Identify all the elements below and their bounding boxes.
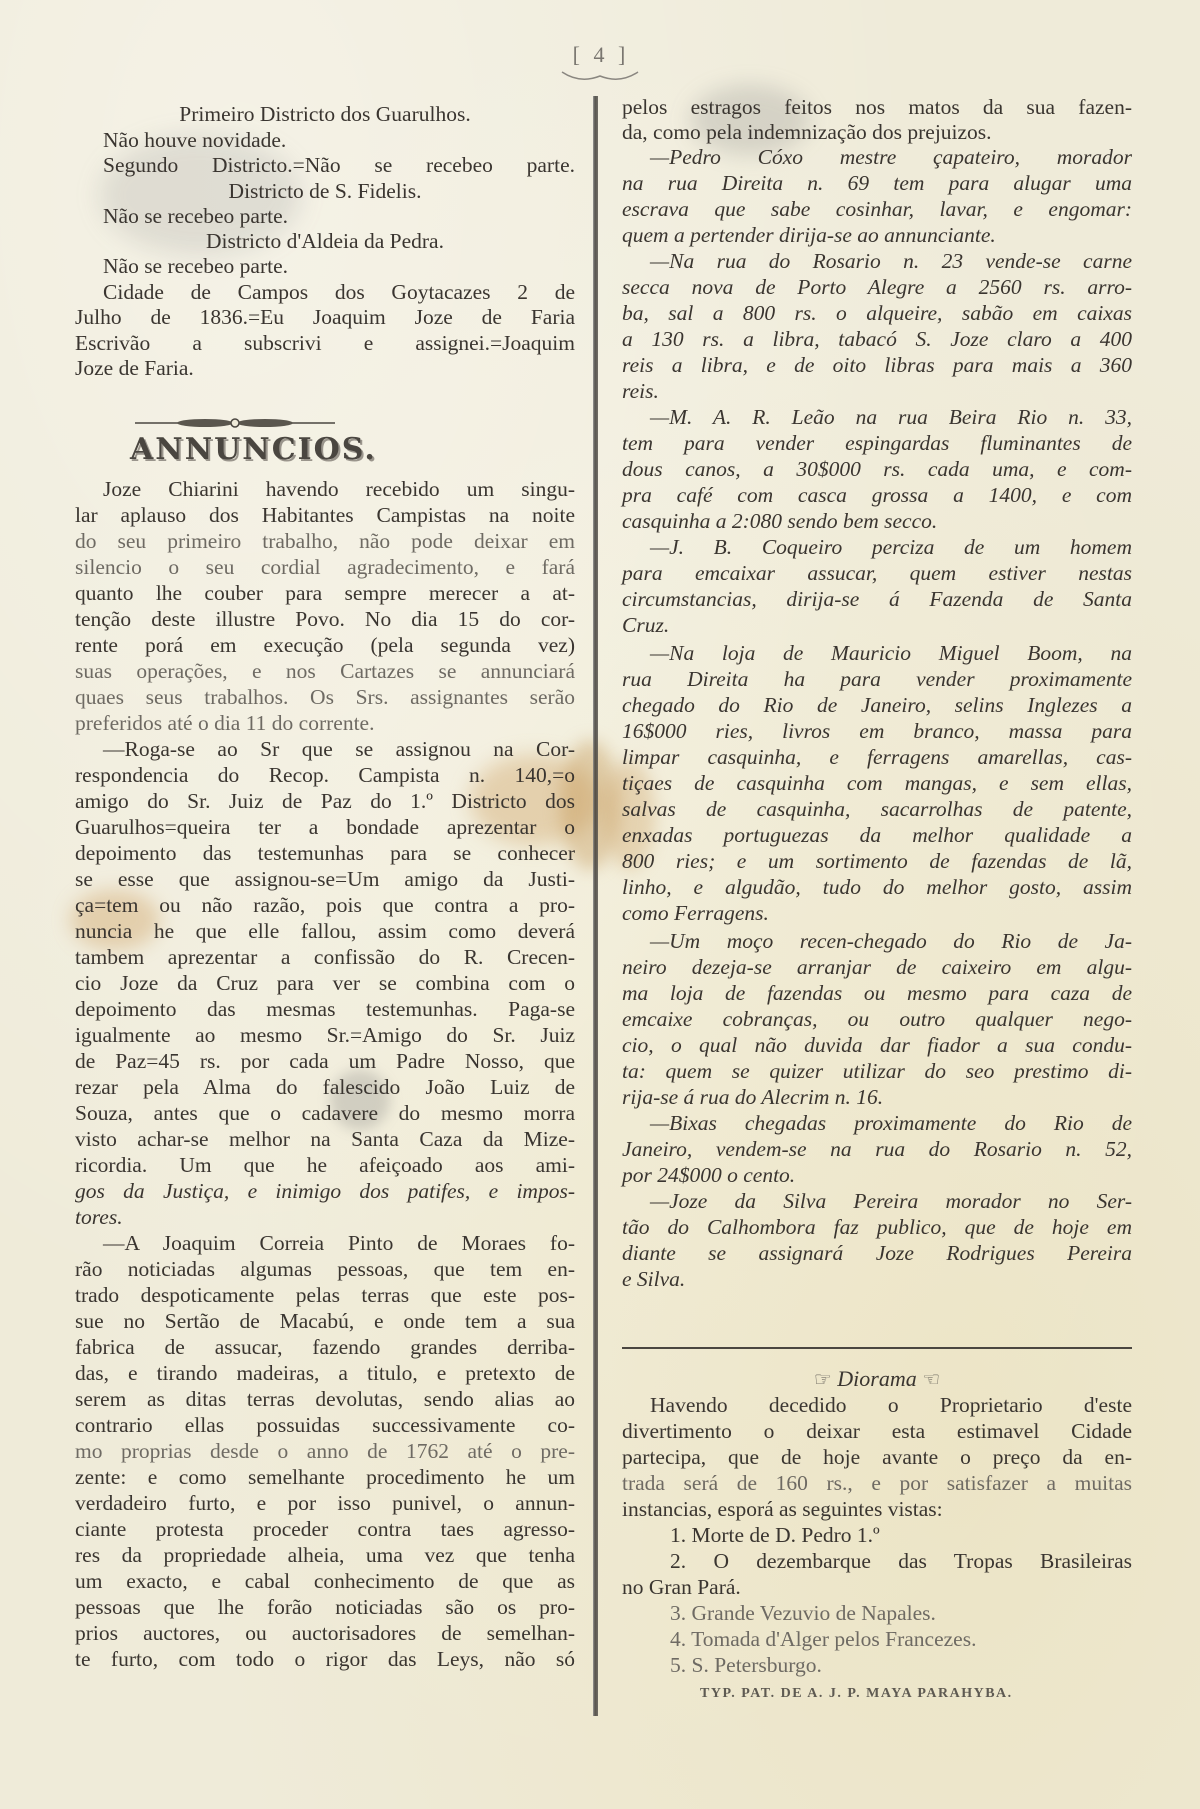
pointing-hand-right-icon: ☞ bbox=[814, 1369, 832, 1391]
text-line: limpar casquinha, e ferragens amarellas,… bbox=[622, 744, 1132, 770]
text-line: tão do Calhombora faz publico, que de ho… bbox=[622, 1214, 1132, 1240]
text-line: Guarulhos=queira ter a bondade aprezenta… bbox=[75, 814, 575, 840]
text-line: —M. A. R. Leão na rua Beira Rio n. 33, bbox=[622, 404, 1132, 430]
text-line: rua Direita ha para vender proximamente bbox=[622, 666, 1132, 692]
text-line: visto achar-se melhor na Santa Caza da M… bbox=[75, 1126, 575, 1152]
diorama-title: Diorama bbox=[837, 1366, 916, 1391]
section-rule bbox=[622, 1347, 1132, 1349]
district-heading: Primeiro Districto dos Guarulhos. bbox=[75, 101, 575, 127]
text-line: Joze de Faria. bbox=[75, 355, 575, 381]
text-line: —Na loja de Mauricio Miguel Boom, na bbox=[622, 640, 1132, 666]
text-line: Segundo Districto.=Não se recebeo parte. bbox=[75, 152, 575, 178]
text-line: divertimento o deixar esta estimavel Cid… bbox=[622, 1418, 1132, 1444]
text-line: linho, e algudão, tudo do melhor gosto, … bbox=[622, 874, 1132, 900]
text-line: Não se recebeo parte. bbox=[75, 253, 575, 279]
view-item: 3. Grande Vezuvio de Napales. bbox=[622, 1600, 1132, 1626]
text-line: contrario ellas possuidas successivament… bbox=[75, 1412, 575, 1438]
text-line: cio, o qual não duvida dar fiador a sua … bbox=[622, 1032, 1132, 1058]
text-line: igualmente ao mesmo Sr.=Amigo do Sr. Jui… bbox=[75, 1022, 575, 1048]
text-line: Janeiro, vendem-se na rua do Rosario n. … bbox=[622, 1136, 1132, 1162]
text-line: serem as ditas terras devolutas, sendo a… bbox=[75, 1386, 575, 1412]
text-line: de Paz=45 rs. por cada um Padre Nosso, q… bbox=[75, 1048, 575, 1074]
text-line: ciante protesta proceder contra taes agr… bbox=[75, 1516, 575, 1542]
text-line: —J. B. Coqueiro perciza de um homem bbox=[622, 534, 1132, 560]
text-line: depoimento das mesmas testemunhas. Paga-… bbox=[75, 996, 575, 1022]
district-heading: Districto d'Aldeia da Pedra. bbox=[75, 228, 575, 254]
text-line: rão noticiadas algumas pessoas, que tem … bbox=[75, 1256, 575, 1282]
text-line: verdadeiro furto, e por isso punivel, o … bbox=[75, 1490, 575, 1516]
text-line: dous canos, a 30$000 rs. cada uma, e com… bbox=[622, 456, 1132, 482]
text-line: se esse que assignou-se=Um amigo da Just… bbox=[75, 866, 575, 892]
text-line: na rua Direita n. 69 tem para alugar uma bbox=[622, 170, 1132, 196]
text-line: pessoas que lhe forão noticiadas são os … bbox=[75, 1594, 575, 1620]
text-line: circumstancias, dirija-se á Fazenda de S… bbox=[622, 586, 1132, 612]
text-line: quaes seus trabalhos. Os Srs. assignante… bbox=[75, 684, 575, 710]
text-line: Cidade de Campos dos Goytacazes 2 de bbox=[75, 279, 575, 305]
text-line: ma loja de fazendas ou mesmo para caza d… bbox=[622, 980, 1132, 1006]
text-line: Não se recebeo parte. bbox=[75, 203, 575, 229]
text-line: quanto lhe couber para sempre merecer a … bbox=[75, 580, 575, 606]
text-line: ta: quem se quizer utilizar do seo prest… bbox=[622, 1058, 1132, 1084]
text-line: rija-se á rua do Alecrim n. 16. bbox=[622, 1084, 1132, 1110]
text-line: ricordia. Um que he afeiçoado aos ami- bbox=[75, 1152, 575, 1178]
pointing-hand-left-icon: ☜ bbox=[922, 1369, 940, 1391]
text-line: —Roga-se ao Sr que se assignou na Cor- bbox=[75, 736, 575, 762]
diorama-heading: ☞ Diorama ☜ bbox=[622, 1366, 1132, 1392]
text-line: fabrica de assucar, fazendo grandes derr… bbox=[75, 1334, 575, 1360]
text-line: neiro dezeja-se arranjar de caixeiro em … bbox=[622, 954, 1132, 980]
text-line: sue no Sertão de Macabú, e onde tem a su… bbox=[75, 1308, 575, 1334]
text-line: 800 ries; e um sortimento de fazendas de… bbox=[622, 848, 1132, 874]
text-line: Escrivão a subscrivi e assignei.=Joaquim bbox=[75, 330, 575, 356]
text-line: da, como pela indemnização dos prejuizos… bbox=[622, 119, 1132, 145]
newspaper-page: [ 4 ] Primeiro Districto dos Guarulhos. … bbox=[0, 0, 1200, 1809]
text-line: tem para vender espingardas fluminantes … bbox=[622, 430, 1132, 456]
text-line: 16$000 ries, livros em branco, massa par… bbox=[622, 718, 1132, 744]
ornamental-rule bbox=[135, 417, 335, 429]
text-line: Julho de 1836.=Eu Joaquim Joze de Faria bbox=[75, 304, 575, 330]
district-heading: Districto de S. Fidelis. bbox=[75, 178, 575, 204]
text-line: reis a libra, e de oito libras para mais… bbox=[622, 352, 1132, 378]
text-line: Havendo decedido o Proprietario d'este bbox=[622, 1392, 1132, 1418]
text-line: —Um moço recen-chegado do Rio de Ja- bbox=[622, 928, 1132, 954]
view-item: 4. Tomada d'Alger pelos Francezes. bbox=[622, 1626, 1132, 1652]
page-number: [ 4 ] bbox=[566, 42, 636, 68]
text-line: te furto, com todo o rigor das Leys, não… bbox=[75, 1646, 575, 1672]
text-line: tambem aprezentar a confissão do R. Crec… bbox=[75, 944, 575, 970]
text-line: trada será de 160 rs., e por satisfazer … bbox=[622, 1470, 1132, 1496]
text-line: —Pedro Cóxo mestre çapateiro, morador bbox=[622, 144, 1132, 170]
text-line: trado despoticamente pelas terras que es… bbox=[75, 1282, 575, 1308]
text-line: por 24$000 o cento. bbox=[622, 1162, 1132, 1188]
text-line: casquinha a 2:080 sendo bem secco. bbox=[622, 508, 1132, 534]
text-line: escrava que sabe cosinhar, lavar, e engo… bbox=[622, 196, 1132, 222]
text-line: pelos estragos feitos nos matos da sua f… bbox=[622, 94, 1132, 120]
view-item: 1. Morte de D. Pedro 1.º bbox=[622, 1522, 1132, 1548]
signature-line: gos da Justiça, e inimigo dos patifes, e… bbox=[75, 1178, 575, 1204]
text-line: suas operações, e nos Cartazes se annunc… bbox=[75, 658, 575, 684]
text-line: Não houve novidade. bbox=[75, 127, 575, 153]
text-line: nuncia he que elle fallou, assim como de… bbox=[75, 918, 575, 944]
text-line: prios auctores, ou auctorisadores de sem… bbox=[75, 1620, 575, 1646]
text-line: como Ferragens. bbox=[622, 900, 1132, 926]
text-line: das, e tirando madeiras, a titulo, e pre… bbox=[75, 1360, 575, 1386]
text-line: partecipa, que de hoje avante o preço da… bbox=[622, 1444, 1132, 1470]
text-line: respondencia do Recop. Campista n. 140,=… bbox=[75, 762, 575, 788]
text-line: —Joze da Silva Pereira morador no Ser- bbox=[622, 1188, 1132, 1214]
text-line: diante se assignará Joze Rodrigues Perei… bbox=[622, 1240, 1132, 1266]
view-item-continued: no Gran Pará. bbox=[622, 1574, 1132, 1600]
text-line: emcaixe cobranças, ou outro qualquer neg… bbox=[622, 1006, 1132, 1032]
text-line: —A Joaquim Correia Pinto de Moraes fo- bbox=[75, 1230, 575, 1256]
text-line: ba, sal a 800 rs. o alqueire, sabão em c… bbox=[622, 300, 1132, 326]
text-line: preferidos até o dia 11 do corrente. bbox=[75, 710, 575, 736]
text-line: a 130 rs. a libra, tabacó S. Joze claro … bbox=[622, 326, 1132, 352]
text-line: instancias, esporá as seguintes vistas: bbox=[622, 1496, 1132, 1522]
text-line: salvas de casquinha, sacarrolhas de pate… bbox=[622, 796, 1132, 822]
text-line: silencio o seu cordial agradecimento, e … bbox=[75, 554, 575, 580]
text-line: mo proprias desde o anno de 1762 até o p… bbox=[75, 1438, 575, 1464]
text-line: secca nova de Porto Alegre a 2560 rs. ar… bbox=[622, 274, 1132, 300]
section-heading-annuncios: ANNUNCIOS. bbox=[130, 432, 370, 468]
text-line: rezar pela Alma do falescido João Luiz d… bbox=[75, 1074, 575, 1100]
text-line: pra café com casca grossa a 1400, e com bbox=[622, 482, 1132, 508]
text-line: res da propriedade alheia, uma vez que t… bbox=[75, 1542, 575, 1568]
text-line: tenção deste illustre Povo. No dia 15 do… bbox=[75, 606, 575, 632]
text-line: Cruz. bbox=[622, 612, 1132, 638]
column-divider bbox=[593, 96, 598, 1716]
text-line: rente porá em execução (pela segunda vez… bbox=[75, 632, 575, 658]
text-line: ça=tem ou não razão, pois que contra a p… bbox=[75, 892, 575, 918]
text-line: reis. bbox=[622, 378, 1132, 404]
text-line: quem a pertender dirija-se ao annunciant… bbox=[622, 222, 1132, 248]
view-item: 5. S. Petersburgo. bbox=[622, 1652, 1132, 1678]
text-line: Souza, antes que o cadavere do mesmo mor… bbox=[75, 1100, 575, 1126]
printer-imprint: TYP. PAT. DE A. J. P. MAYA PARAHYBA. bbox=[700, 1686, 1013, 1702]
text-line: —Bixas chegadas proximamente do Rio de bbox=[622, 1110, 1132, 1136]
text-line: do seu primeiro trabalho, não pode deixa… bbox=[75, 528, 575, 554]
text-line: Joze Chiarini havendo recebido um singu- bbox=[75, 476, 575, 502]
text-line: e Silva. bbox=[622, 1266, 1132, 1292]
view-item: 2. O dezembarque das Tropas Brasileiras bbox=[622, 1548, 1132, 1574]
text-line: depoimento das testemunhas para se conhe… bbox=[75, 840, 575, 866]
text-line: para emcaixar assucar, quem estiver nest… bbox=[622, 560, 1132, 586]
signature-line: tores. bbox=[75, 1204, 575, 1230]
text-line: zente: e como semelhante procedimento he… bbox=[75, 1464, 575, 1490]
text-line: lar aplauso dos Habitantes Campistas na … bbox=[75, 502, 575, 528]
text-line: um exacto, e cabal conhecimento de que a… bbox=[75, 1568, 575, 1594]
text-line: chegado do Rio de Janeiro, selins Inglez… bbox=[622, 692, 1132, 718]
page-number-flourish bbox=[560, 70, 640, 84]
text-line: enxadas portuguezas da melhor qualidade … bbox=[622, 822, 1132, 848]
text-line: tiçaes de casquinha com mangas, e sem el… bbox=[622, 770, 1132, 796]
text-line: —Na rua do Rosario n. 23 vende-se carne bbox=[622, 248, 1132, 274]
text-line: amigo do Sr. Juiz de Paz do 1.º District… bbox=[75, 788, 575, 814]
text-line: cio Joze da Cruz para ver se combina com… bbox=[75, 970, 575, 996]
